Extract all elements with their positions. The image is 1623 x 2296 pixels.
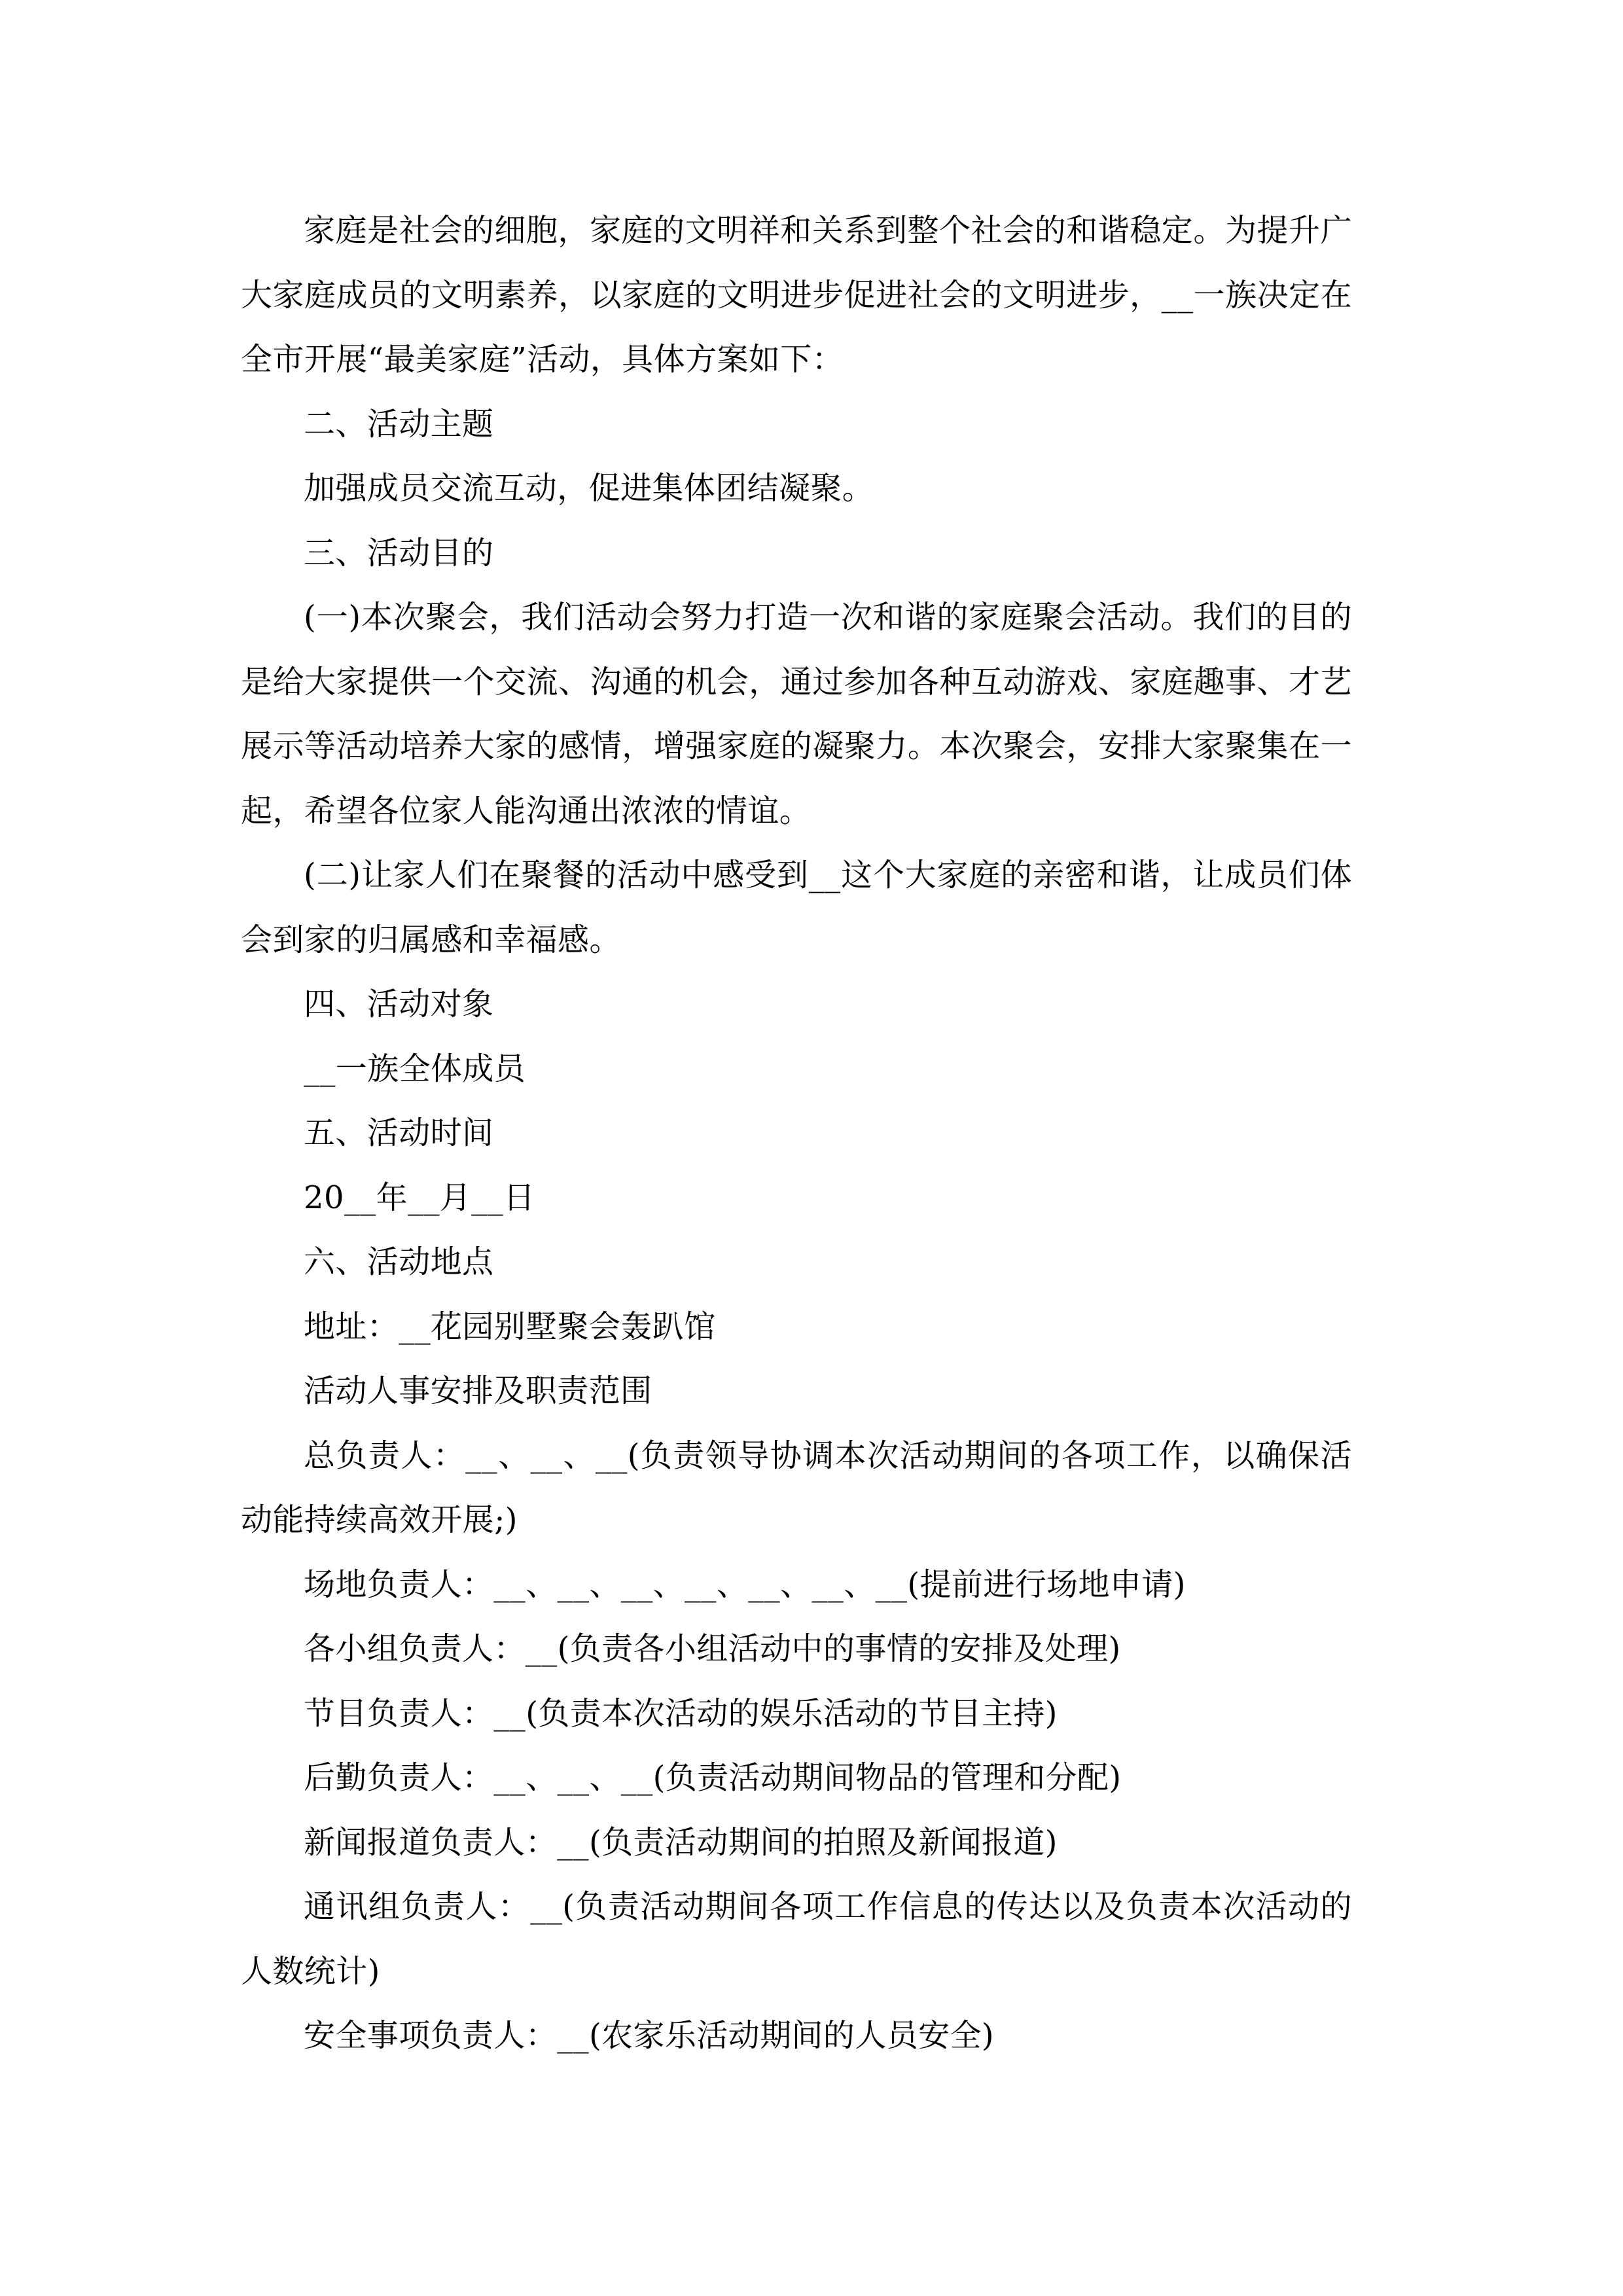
document-page: 家庭是社会的细胞，家庭的文明祥和关系到整个社会的和谐稳定。为提升广大家庭成员的文… xyxy=(0,0,1623,2296)
document-paragraph: 通讯组负责人：__(负责活动期间各项工作信息的传达以及负责本次活动的人数统计) xyxy=(241,1874,1352,2003)
document-paragraph: 场地负责人：__、__、__、__、__、__、__(提前进行场地申请) xyxy=(241,1552,1352,1617)
document-paragraph: 总负责人：__、__、__(负责领导协调本次活动期间的各项工作，以确保活动能持续… xyxy=(241,1424,1352,1552)
document-paragraph: 三、活动目的 xyxy=(241,521,1352,586)
document-paragraph: 20__年__月__日 xyxy=(241,1166,1352,1230)
document-paragraph: 家庭是社会的细胞，家庭的文明祥和关系到整个社会的和谐稳定。为提升广大家庭成员的文… xyxy=(241,198,1352,392)
document-paragraph: (二)让家人们在聚餐的活动中感受到__这个大家庭的亲密和谐，让成员们体会到家的归… xyxy=(241,843,1352,972)
document-paragraph: 六、活动地点 xyxy=(241,1230,1352,1295)
document-paragraph: 各小组负责人：__(负责各小组活动中的事情的安排及处理) xyxy=(241,1617,1352,1681)
document-paragraph: 五、活动时间 xyxy=(241,1101,1352,1166)
document-paragraph: 活动人事安排及职责范围 xyxy=(241,1359,1352,1424)
document-paragraph: 二、活动主题 xyxy=(241,392,1352,457)
document-body: 家庭是社会的细胞，家庭的文明祥和关系到整个社会的和谐稳定。为提升广大家庭成员的文… xyxy=(241,198,1352,2068)
document-paragraph: 四、活动对象 xyxy=(241,972,1352,1037)
document-paragraph: 地址：__花园别墅聚会轰趴馆 xyxy=(241,1295,1352,1359)
document-paragraph: 安全事项负责人：__(农家乐活动期间的人员安全) xyxy=(241,2003,1352,2068)
document-paragraph: 新闻报道负责人：__(负责活动期间的拍照及新闻报道) xyxy=(241,1810,1352,1875)
document-paragraph: (一)本次聚会，我们活动会努力打造一次和谐的家庭聚会活动。我们的目的是给大家提供… xyxy=(241,585,1352,843)
document-paragraph: __一族全体成员 xyxy=(241,1037,1352,1102)
document-paragraph: 后勤负责人：__、__、__(负责活动期间物品的管理和分配) xyxy=(241,1746,1352,1810)
document-paragraph: 节目负责人：__(负责本次活动的娱乐活动的节目主持) xyxy=(241,1681,1352,1746)
document-paragraph: 加强成员交流互动，促进集体团结凝聚。 xyxy=(241,456,1352,521)
